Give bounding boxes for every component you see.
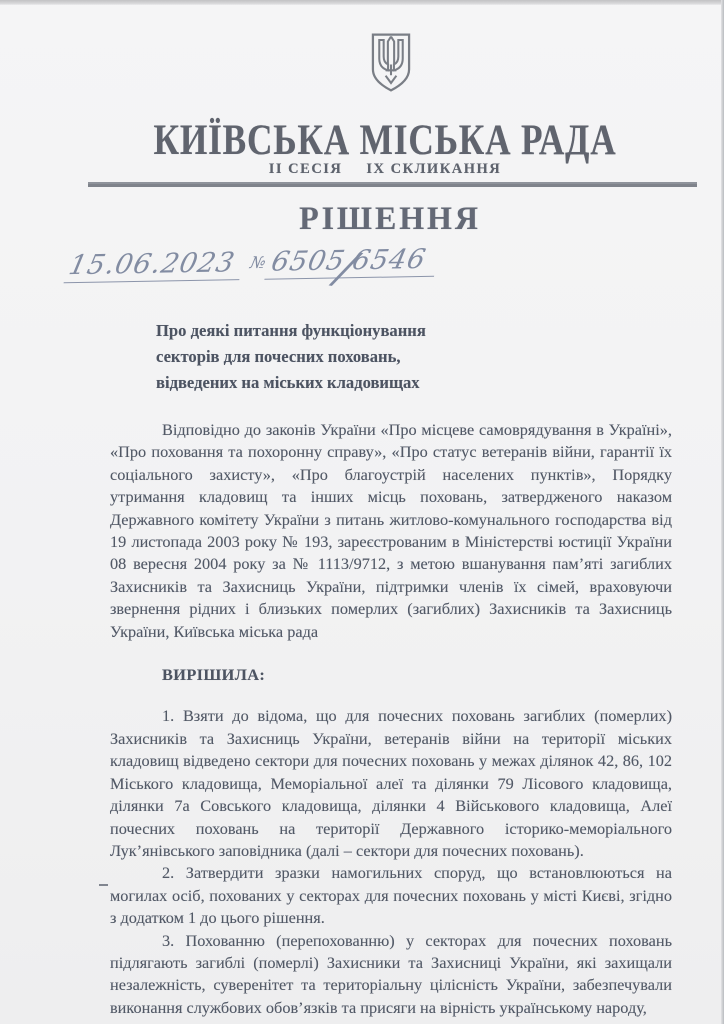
session-line: II СЕСІЯIX СКЛИКАННЯ: [269, 161, 501, 178]
handwritten-date-number: 15.06.2023№6505/6546: [64, 244, 441, 281]
scan-edge-top: [0, 0, 724, 5]
document-type-title: РІШЕННЯ: [299, 201, 481, 238]
resolved-label: ВИРІШИЛА:: [162, 664, 672, 686]
subject-line-3: відведених на міських кладовищах: [156, 370, 672, 396]
number-sign: №: [249, 253, 268, 272]
convocation-number: IX СКЛИКАННЯ: [366, 161, 501, 177]
subject-block: Про деякі питання функціонування секторі…: [156, 318, 672, 396]
handwritten-date: 15.06.2023: [64, 247, 246, 283]
decision-item-3: 3. Похованню (перепохованню) у секторах …: [110, 930, 672, 1020]
preamble-paragraph: Відповідно до законів України «Про місце…: [110, 419, 672, 643]
scan-artifact-dash: [99, 884, 108, 886]
handwritten-number: 6505/6546: [264, 244, 441, 280]
decision-item-2: 2. Затвердити зразки намогильних споруд,…: [110, 862, 672, 929]
header-divider-rule: [88, 182, 697, 187]
subject-line-2: секторів для почесних поховань,: [156, 344, 672, 370]
ukraine-trident-emblem-icon: [370, 32, 413, 98]
session-number: II СЕСІЯ: [269, 161, 343, 177]
organization-name: КИЇВСЬКА МІСЬКА РАДА: [153, 116, 616, 165]
scanned-document-page: КИЇВСЬКА МІСЬКА РАДА II СЕСІЯIX СКЛИКАНН…: [0, 0, 724, 1024]
document-body: Про деякі питання функціонування секторі…: [110, 318, 672, 1019]
handwritten-slash: /: [339, 268, 354, 270]
decision-item-1: 1. Взяти до відома, що для почесних похо…: [110, 705, 672, 862]
subject-line-1: Про деякі питання функціонування: [156, 318, 672, 344]
